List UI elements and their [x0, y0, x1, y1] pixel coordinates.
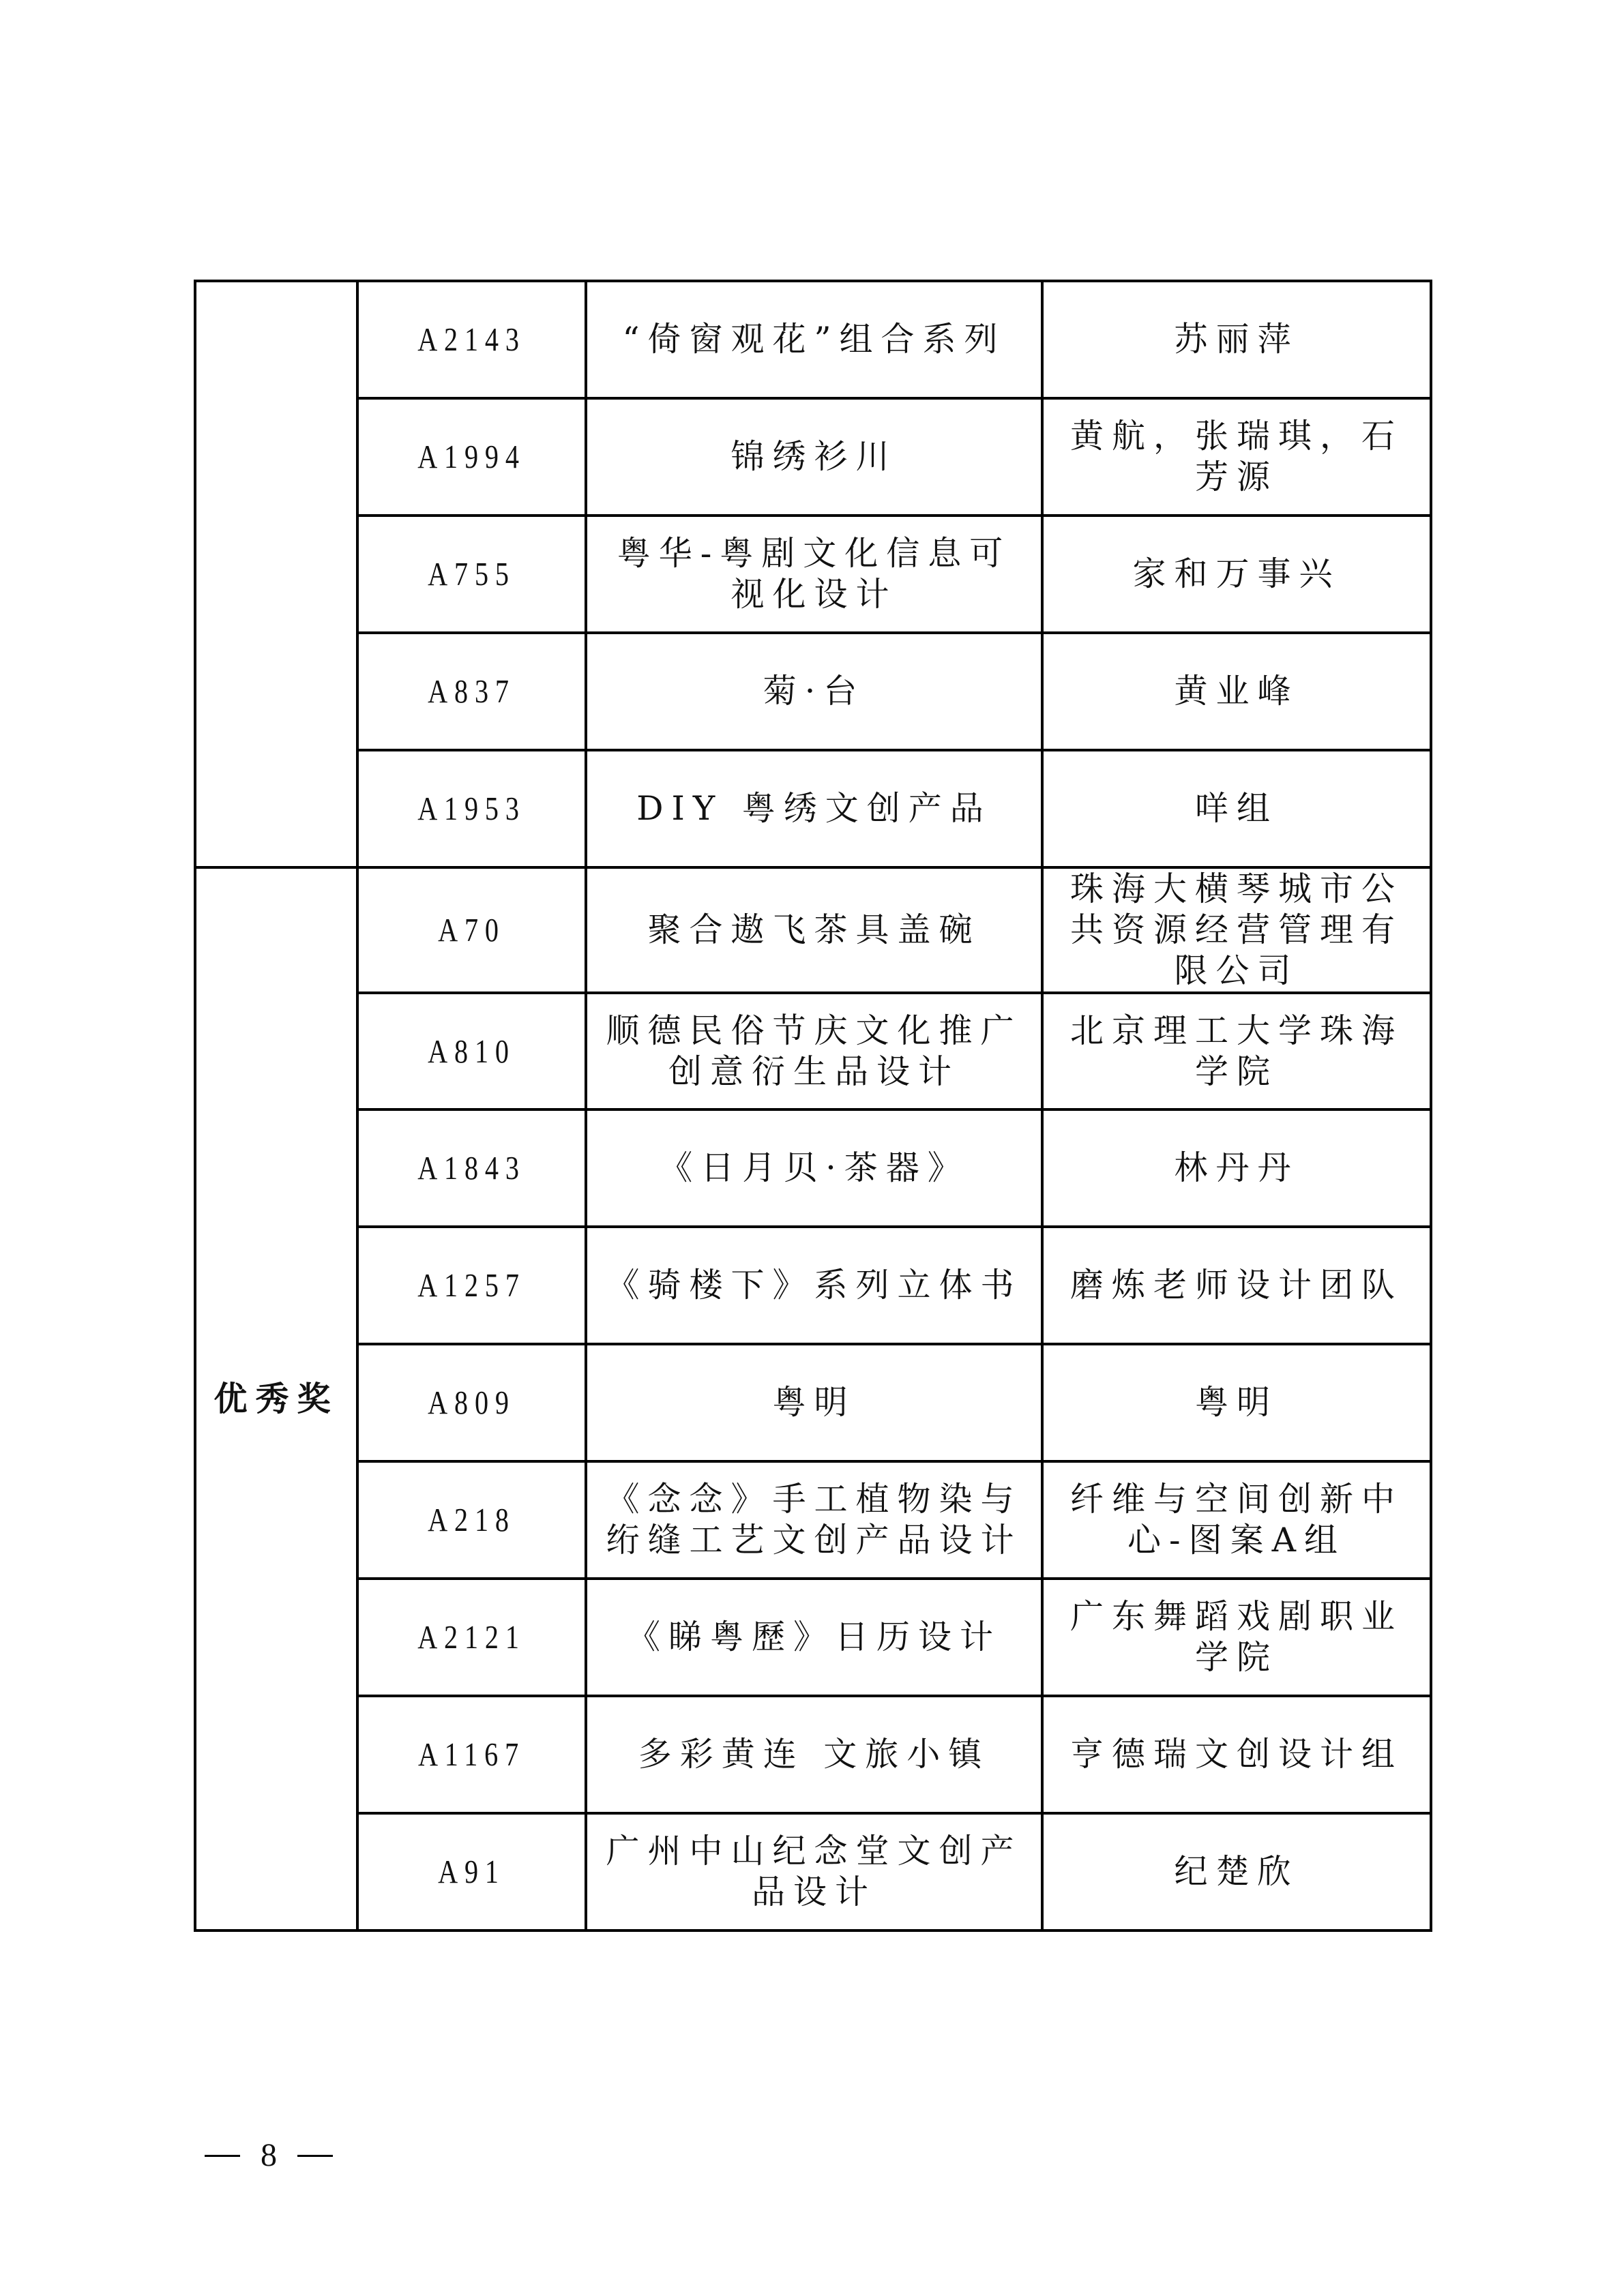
entry-author: 粤明	[1042, 1344, 1431, 1461]
entry-code: A1843	[378, 1109, 565, 1227]
entry-author: 亨德瑞文创设计组	[1042, 1696, 1431, 1813]
table-row: A1167 多彩黄连 文旅小镇 亨德瑞文创设计组	[195, 1696, 1431, 1813]
entry-code: A2121	[378, 1579, 565, 1696]
entry-code: A755	[378, 516, 565, 633]
entry-title: 《念念》手工植物染与绗缝工艺文创产品设计	[586, 1461, 1042, 1579]
table-row: A2121 《睇粤歷》日历设计 广东舞蹈戏剧职业学院	[195, 1579, 1431, 1696]
table-row: A2143 “倚窗观花”组合系列 苏丽萍	[195, 281, 1431, 398]
entry-author: 北京理工大学珠海学院	[1042, 993, 1431, 1109]
entry-code: A218	[378, 1461, 565, 1579]
entry-author: 咩组	[1042, 750, 1431, 867]
award-group-cell: 优秀奖	[195, 867, 357, 1930]
table-row: A755 粤华-粤剧文化信息可视化设计 家和万事兴	[195, 516, 1431, 633]
entry-author: 苏丽萍	[1042, 281, 1431, 398]
table-row: A837 菊·台 黄业峰	[195, 633, 1431, 750]
entry-author: 广东舞蹈戏剧职业学院	[1042, 1579, 1431, 1696]
entry-author: 磨炼老师设计团队	[1042, 1227, 1431, 1344]
entry-code: A837	[378, 633, 565, 750]
entry-code: A91	[378, 1813, 565, 1930]
entry-code: A1257	[378, 1227, 565, 1344]
entry-title: “倚窗观花”组合系列	[586, 281, 1042, 398]
entry-author: 纤维与空间创新中心-图案A组	[1042, 1461, 1431, 1579]
table-row: A809 粤明 粤明	[195, 1344, 1431, 1461]
entry-code: A70	[378, 867, 565, 993]
entry-code: A1994	[378, 398, 565, 516]
awards-table: A2143 “倚窗观花”组合系列 苏丽萍 A1994 锦绣衫川 黄航，张瑞琪，石…	[194, 280, 1432, 1932]
entry-author: 纪楚欣	[1042, 1813, 1431, 1930]
right-dash	[297, 2155, 333, 2157]
entry-title: 粤华-粤剧文化信息可视化设计	[586, 516, 1042, 633]
entry-author: 黄航，张瑞琪，石芳源	[1042, 398, 1431, 516]
entry-code: A810	[378, 993, 565, 1109]
page-footer: 8	[205, 2133, 333, 2178]
table-row: A1994 锦绣衫川 黄航，张瑞琪，石芳源	[195, 398, 1431, 516]
entry-title: 多彩黄连 文旅小镇	[586, 1696, 1042, 1813]
table-row: A1953 DIY 粤绣文创产品 咩组	[195, 750, 1431, 867]
entry-title: 《骑楼下》系列立体书	[586, 1227, 1042, 1344]
left-dash	[205, 2155, 240, 2157]
table-row: A1257 《骑楼下》系列立体书 磨炼老师设计团队	[195, 1227, 1431, 1344]
document-page: A2143 “倚窗观花”组合系列 苏丽萍 A1994 锦绣衫川 黄航，张瑞琪，石…	[0, 0, 1624, 2296]
award-group-cell	[195, 281, 357, 867]
table-row: A218 《念念》手工植物染与绗缝工艺文创产品设计 纤维与空间创新中心-图案A组	[195, 1461, 1431, 1579]
entry-title: 《睇粤歷》日历设计	[586, 1579, 1042, 1696]
entry-title: 《日月贝·茶器》	[586, 1109, 1042, 1227]
entry-title: 聚合遨飞茶具盖碗	[586, 867, 1042, 993]
page-number: 8	[261, 2133, 277, 2178]
entry-author: 林丹丹	[1042, 1109, 1431, 1227]
entry-title: 粤明	[586, 1344, 1042, 1461]
table-row: A91 广州中山纪念堂文创产品设计 纪楚欣	[195, 1813, 1431, 1930]
entry-author: 黄业峰	[1042, 633, 1431, 750]
entry-code: A1953	[378, 750, 565, 867]
entry-code: A809	[378, 1344, 565, 1461]
entry-code: A2143	[378, 281, 565, 398]
entry-code: A1167	[378, 1696, 565, 1813]
entry-title: 广州中山纪念堂文创产品设计	[586, 1813, 1042, 1930]
entry-title: 菊·台	[586, 633, 1042, 750]
table-row: A810 顺德民俗节庆文化推广创意衍生品设计 北京理工大学珠海学院	[195, 993, 1431, 1109]
entry-title: DIY 粤绣文创产品	[586, 750, 1042, 867]
entry-title: 顺德民俗节庆文化推广创意衍生品设计	[586, 993, 1042, 1109]
entry-title: 锦绣衫川	[586, 398, 1042, 516]
entry-author: 家和万事兴	[1042, 516, 1431, 633]
entry-author: 珠海大横琴城市公共资源经营管理有限公司	[1042, 867, 1431, 993]
table-row: A1843 《日月贝·茶器》 林丹丹	[195, 1109, 1431, 1227]
table-row: 优秀奖 A70 聚合遨飞茶具盖碗 珠海大横琴城市公共资源经营管理有限公司	[195, 867, 1431, 993]
